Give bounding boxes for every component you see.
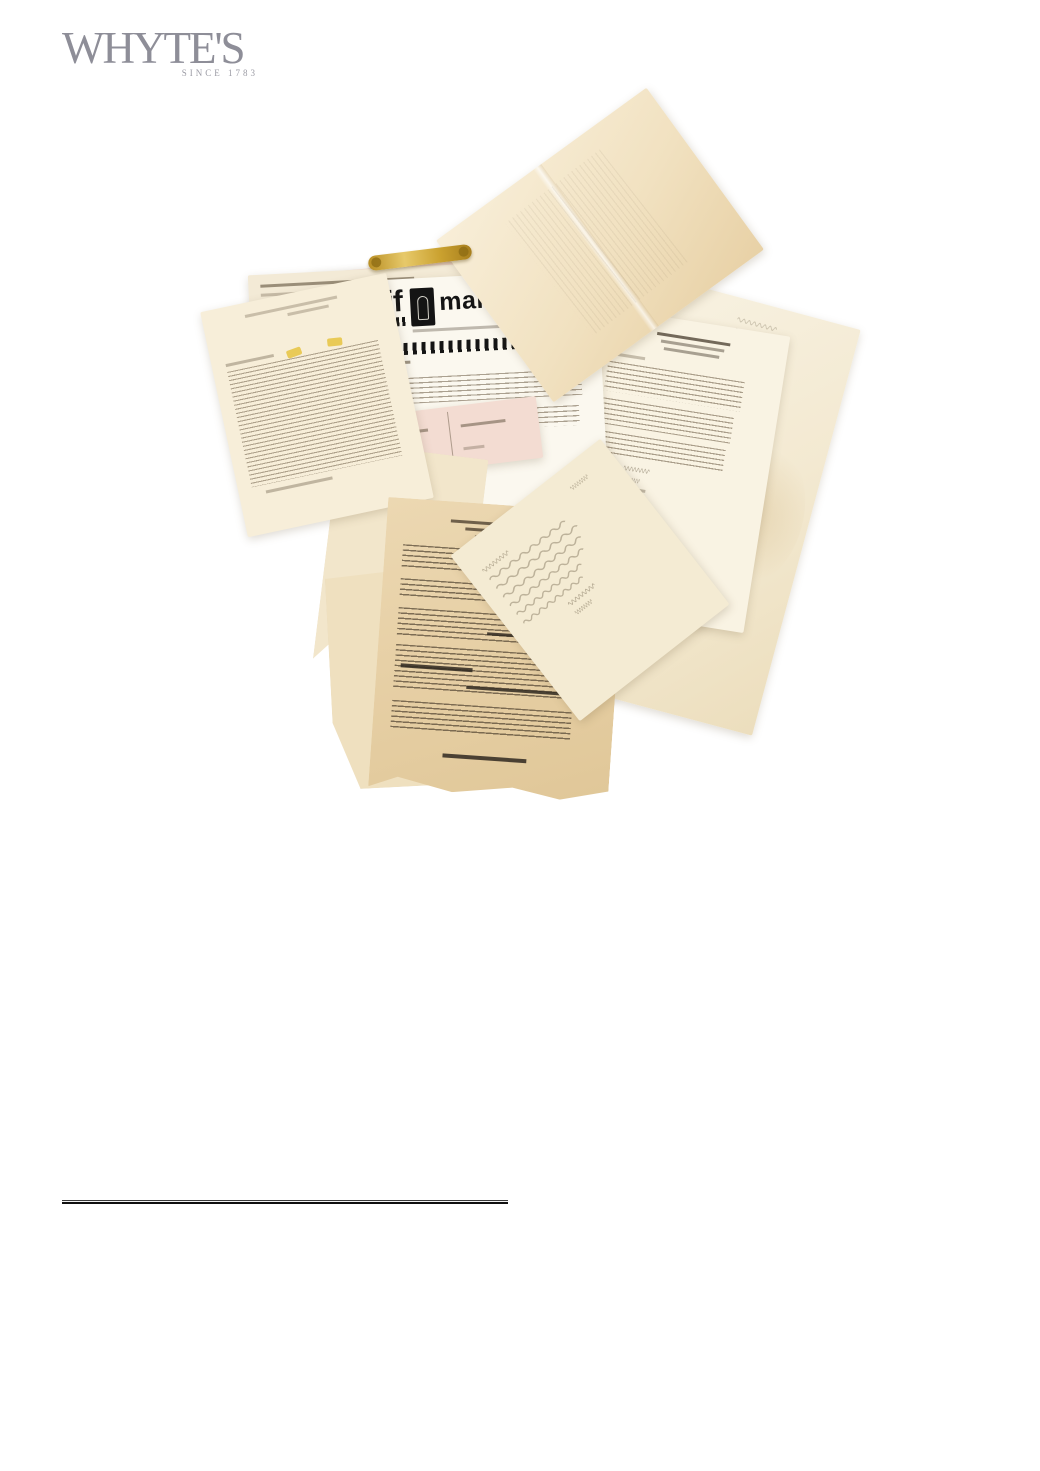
whytes-logo: WHYTE'S SINCE 1783 xyxy=(62,24,266,78)
footnote-rule xyxy=(62,1200,508,1204)
showthrough-text xyxy=(505,149,688,336)
typed-text-lines xyxy=(463,445,484,451)
fastener-end xyxy=(371,257,382,268)
logo-wordmark: WHYTE'S xyxy=(62,24,266,72)
typed-text-lines xyxy=(227,340,402,487)
marquee-figure-icon xyxy=(410,287,436,326)
handwriting-lines xyxy=(488,488,641,626)
handwriting-lines xyxy=(569,463,603,492)
redaction-bar xyxy=(442,754,526,763)
fastener-end xyxy=(458,246,469,257)
typed-text-lines xyxy=(390,700,571,742)
typed-text-lines xyxy=(461,419,506,427)
catalog-page: WHYTE'S SINCE 1783 xyxy=(0,0,1040,1471)
yellow-tape-mark xyxy=(327,337,343,347)
documents-photo: njf marquee news xyxy=(210,100,830,800)
